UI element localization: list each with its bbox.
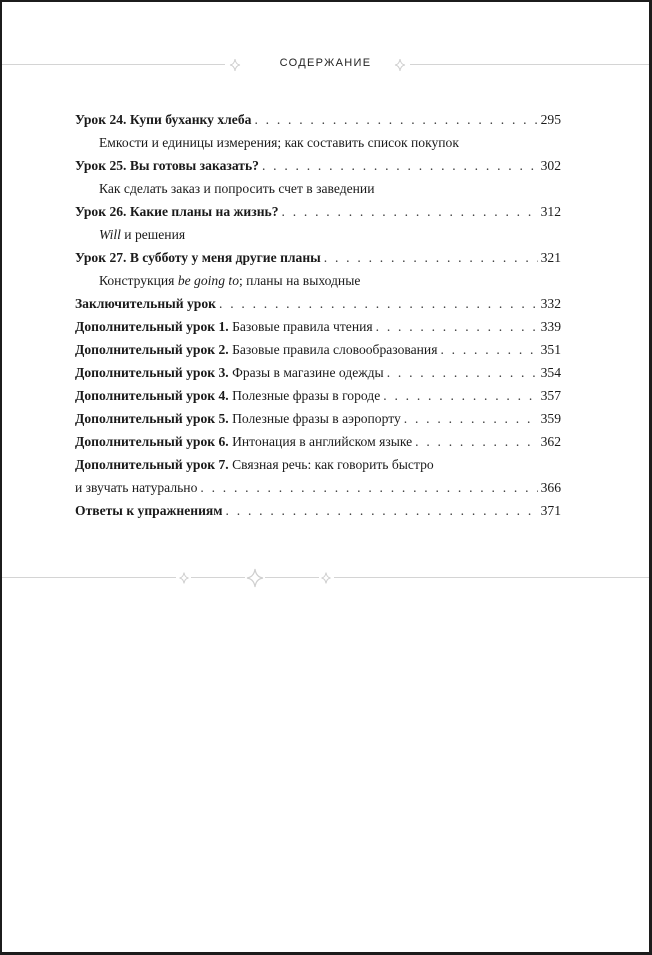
entry-title: Дополнительный урок 6. Интонация в англи… xyxy=(75,430,412,453)
entry-title: Дополнительный урок 3. Фразы в магазине … xyxy=(75,361,384,384)
page-number: 371 xyxy=(541,499,561,522)
dot-leader: . . . . . . . . . . . . . . . . . . . . … xyxy=(219,292,538,315)
entry-title: Дополнительный урок 2. Базовые правила с… xyxy=(75,338,437,361)
entry-title-bold: Дополнительный урок 7. xyxy=(75,457,229,472)
entry-title: Заключительный урок xyxy=(75,292,216,315)
dot-leader: . . . . . . . . . . . . . . . . . . . . … xyxy=(387,361,538,384)
toc-entry[interactable]: Урок 24. Купи буханку хлеба . . . . . . … xyxy=(75,108,561,131)
entry-title-bold: Дополнительный урок 1. xyxy=(75,319,229,334)
page-number: 366 xyxy=(541,476,561,499)
dot-leader: . . . . . . . . . . . . . . . . . . . . … xyxy=(440,338,537,361)
page-number: 312 xyxy=(541,200,561,223)
entry-subtitle: Конструкция be going to; планы на выходн… xyxy=(75,269,561,292)
page-number: 354 xyxy=(541,361,561,384)
footer-divider xyxy=(2,568,649,588)
toc-entry[interactable]: Заключительный урок . . . . . . . . . . … xyxy=(75,292,561,315)
sparkle-small-icon xyxy=(320,568,332,588)
entry-title: Урок 24. Купи буханку хлеба xyxy=(75,108,251,131)
entry-title-bold: Дополнительный урок 4. xyxy=(75,388,229,403)
toc-entry[interactable]: Дополнительный урок 3. Фразы в магазине … xyxy=(75,361,561,384)
toc-entry[interactable]: Дополнительный урок 6. Интонация в англи… xyxy=(75,430,561,453)
subtitle-text: ; планы на выходные xyxy=(239,273,360,288)
divider-line xyxy=(2,577,176,578)
sparkle-large-icon xyxy=(246,564,264,592)
divider-line xyxy=(334,577,649,578)
toc-entry[interactable]: Дополнительный урок 5. Полезные фразы в … xyxy=(75,407,561,430)
entry-subtitle: Емкости и единицы измерения; как состави… xyxy=(75,131,561,154)
dot-leader: . . . . . . . . . . . . . . . . . . . . … xyxy=(383,384,537,407)
page-number: 359 xyxy=(541,407,561,430)
entry-title-bold: Дополнительный урок 3. xyxy=(75,365,229,380)
toc-entry[interactable]: Ответы к упражнениям . . . . . . . . . .… xyxy=(75,499,561,522)
toc-entry[interactable]: Дополнительный урок 7. Связная речь: как… xyxy=(75,453,561,476)
dot-leader: . . . . . . . . . . . . . . . . . . . . … xyxy=(376,315,538,338)
page-number: 321 xyxy=(541,246,561,269)
entry-title-regular: Интонация в английском языке xyxy=(229,434,412,449)
toc-entry[interactable]: Урок 27. В субботу у меня другие планы .… xyxy=(75,246,561,269)
dot-leader: . . . . . . . . . . . . . . . . . . . . … xyxy=(282,200,538,223)
page-number: 357 xyxy=(541,384,561,407)
entry-title: Дополнительный урок 1. Базовые правила ч… xyxy=(75,315,373,338)
toc-entry[interactable]: Дополнительный урок 2. Базовые правила с… xyxy=(75,338,561,361)
page-number: 295 xyxy=(541,108,561,131)
toc-entry[interactable]: Урок 26. Какие планы на жизнь? . . . . .… xyxy=(75,200,561,223)
toc-entry[interactable]: Урок 25. Вы готовы заказать? . . . . . .… xyxy=(75,154,561,177)
entry-subtitle: Will и решения xyxy=(75,223,561,246)
book-page: СОДЕРЖАНИЕ Урок 24. Купи буханку хлеба .… xyxy=(2,2,649,952)
dot-leader: . . . . . . . . . . . . . . . . . . . . … xyxy=(404,407,538,430)
dot-leader: . . . . . . . . . . . . . . . . . . . . … xyxy=(324,246,538,269)
page-number: 362 xyxy=(541,430,561,453)
dot-leader: . . . . . . . . . . . . . . . . . . . . … xyxy=(415,430,537,453)
page-number: 332 xyxy=(541,292,561,315)
entry-subtitle: Как сделать заказ и попросить счет в зав… xyxy=(75,177,561,200)
entry-title: Дополнительный урок 5. Полезные фразы в … xyxy=(75,407,401,430)
page-number: 302 xyxy=(541,154,561,177)
entry-title-regular: Полезные фразы в городе xyxy=(229,388,381,403)
dot-leader: . . . . . . . . . . . . . . . . . . . . … xyxy=(200,476,537,499)
entry-title-bold: Дополнительный урок 2. xyxy=(75,342,229,357)
dot-leader: . . . . . . . . . . . . . . . . . . . . … xyxy=(262,154,538,177)
entry-title: Урок 25. Вы готовы заказать? xyxy=(75,154,259,177)
dot-leader: . . . . . . . . . . . . . . . . . . . . … xyxy=(254,108,537,131)
toc-entry[interactable]: Дополнительный урок 4. Полезные фразы в … xyxy=(75,384,561,407)
entry-title-regular: Базовые правила словообразования xyxy=(229,342,438,357)
subtitle-italic: Will xyxy=(99,227,121,242)
subtitle-text: и решения xyxy=(121,227,185,242)
entry-title-continuation: и звучать натурально xyxy=(75,476,197,499)
entry-title-bold: Дополнительный урок 6. xyxy=(75,434,229,449)
subtitle-italic: be going to xyxy=(178,273,239,288)
entry-title: Урок 27. В субботу у меня другие планы xyxy=(75,246,321,269)
page-number: 351 xyxy=(541,338,561,361)
entry-title-regular: Связная речь: как говорить быстро xyxy=(229,457,434,472)
entry-title-bold: Дополнительный урок 5. xyxy=(75,411,229,426)
divider-line xyxy=(265,577,319,578)
sparkle-small-icon xyxy=(178,568,190,588)
entry-title-regular: Базовые правила чтения xyxy=(229,319,373,334)
page-title: СОДЕРЖАНИЕ xyxy=(2,57,649,69)
page-number: 339 xyxy=(541,315,561,338)
subtitle-text: Конструкция xyxy=(99,273,178,288)
entry-title-regular: Полезные фразы в аэропорту xyxy=(229,411,401,426)
dot-leader: . . . . . . . . . . . . . . . . . . . . … xyxy=(226,499,538,522)
entry-title: Урок 26. Какие планы на жизнь? xyxy=(75,200,279,223)
entry-title: Дополнительный урок 4. Полезные фразы в … xyxy=(75,384,380,407)
toc-entry[interactable]: Дополнительный урок 1. Базовые правила ч… xyxy=(75,315,561,338)
toc-entry-continuation[interactable]: и звучать натурально . . . . . . . . . .… xyxy=(75,476,561,499)
entry-title-regular: Фразы в магазине одежды xyxy=(229,365,384,380)
divider-line xyxy=(191,577,245,578)
table-of-contents: Урок 24. Купи буханку хлеба . . . . . . … xyxy=(75,108,561,522)
entry-title: Ответы к упражнениям xyxy=(75,499,223,522)
